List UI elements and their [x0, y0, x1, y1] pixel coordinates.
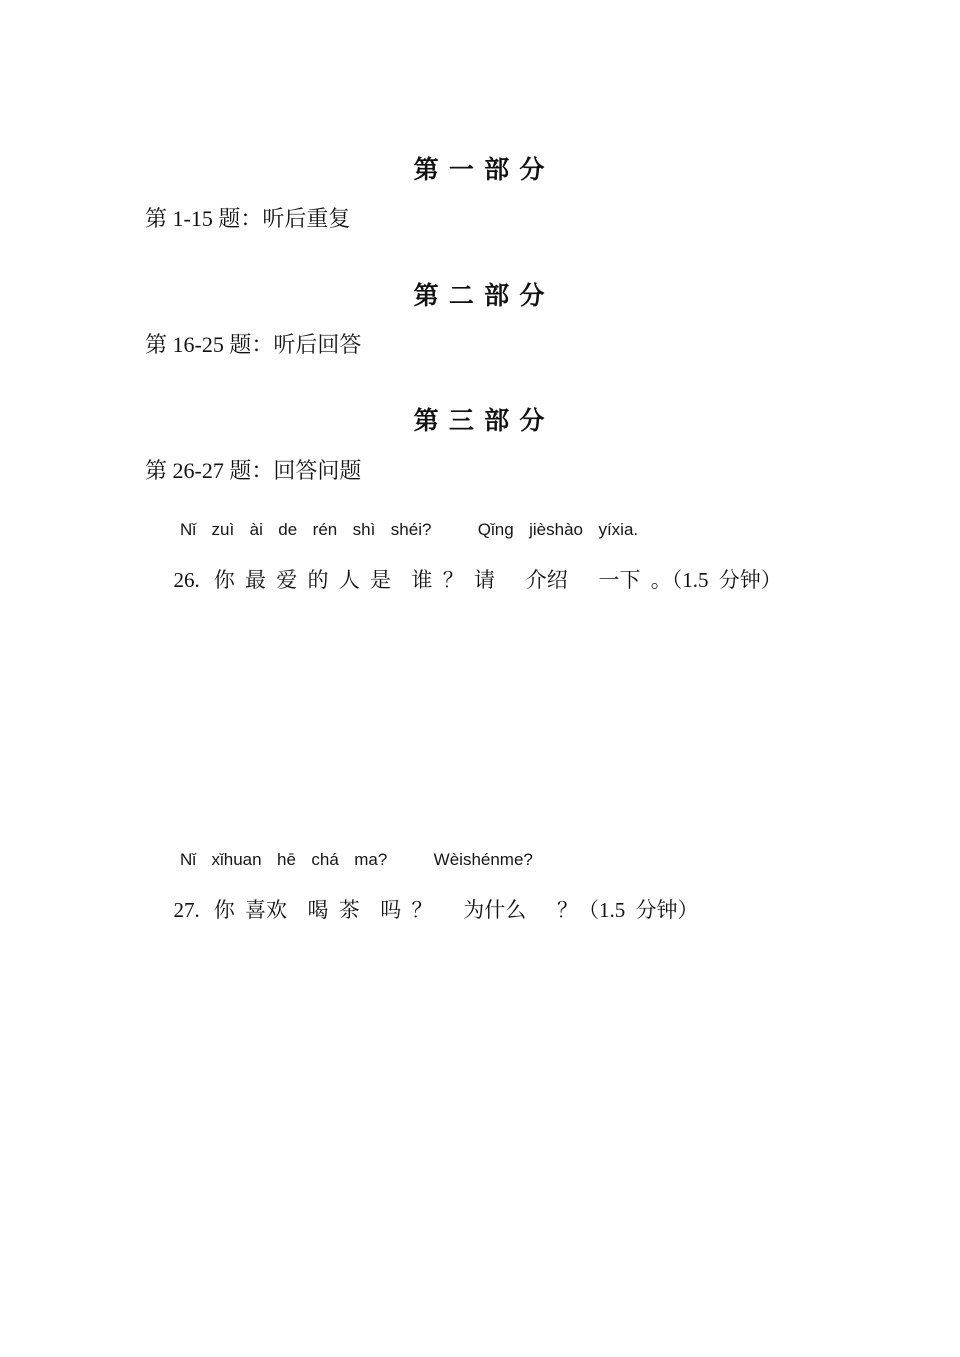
- part-2-heading: 第 二 部 分: [0, 276, 960, 312]
- question-26-text: 你 最 爱 的 人 是 谁 ？ 请 介绍 一下 。（1.5 分钟）: [214, 568, 782, 592]
- exam-document-page: 第 一 部 分 第 1-15 题：听后重复 第 二 部 分 第 16-25 题：…: [0, 0, 960, 1357]
- question-26-number: 26.: [174, 567, 200, 593]
- question-26: Nǐ zuì ài de rén shì shéi? Qǐng jièshào …: [142, 519, 782, 619]
- part-1-heading: 第 一 部 分: [0, 150, 960, 186]
- question-27-number: 27.: [174, 897, 200, 923]
- part-2-instruction: 第 16-25 题：听后回答: [145, 328, 361, 359]
- question-27-pinyin: Nǐ xǐhuan hē chá ma? Wèishénme?: [180, 849, 699, 871]
- question-27-text: 你 喜欢 喝 茶 吗 ？ 为什么 ？（1.5 分钟）: [214, 898, 699, 922]
- question-27: Nǐ xǐhuan hē chá ma? Wèishénme? 27.你 喜欢 …: [142, 849, 699, 949]
- part-3-heading: 第 三 部 分: [0, 401, 960, 437]
- part-3-instruction: 第 26-27 题：回答问题: [145, 454, 361, 485]
- question-26-line: 26.你 最 爱 的 人 是 谁 ？ 请 介绍 一下 。（1.5 分钟）: [142, 541, 782, 619]
- part-1-instruction: 第 1-15 题：听后重复: [145, 202, 350, 233]
- question-26-pinyin: Nǐ zuì ài de rén shì shéi? Qǐng jièshào …: [180, 519, 782, 541]
- question-27-line: 27.你 喜欢 喝 茶 吗 ？ 为什么 ？（1.5 分钟）: [142, 871, 699, 949]
